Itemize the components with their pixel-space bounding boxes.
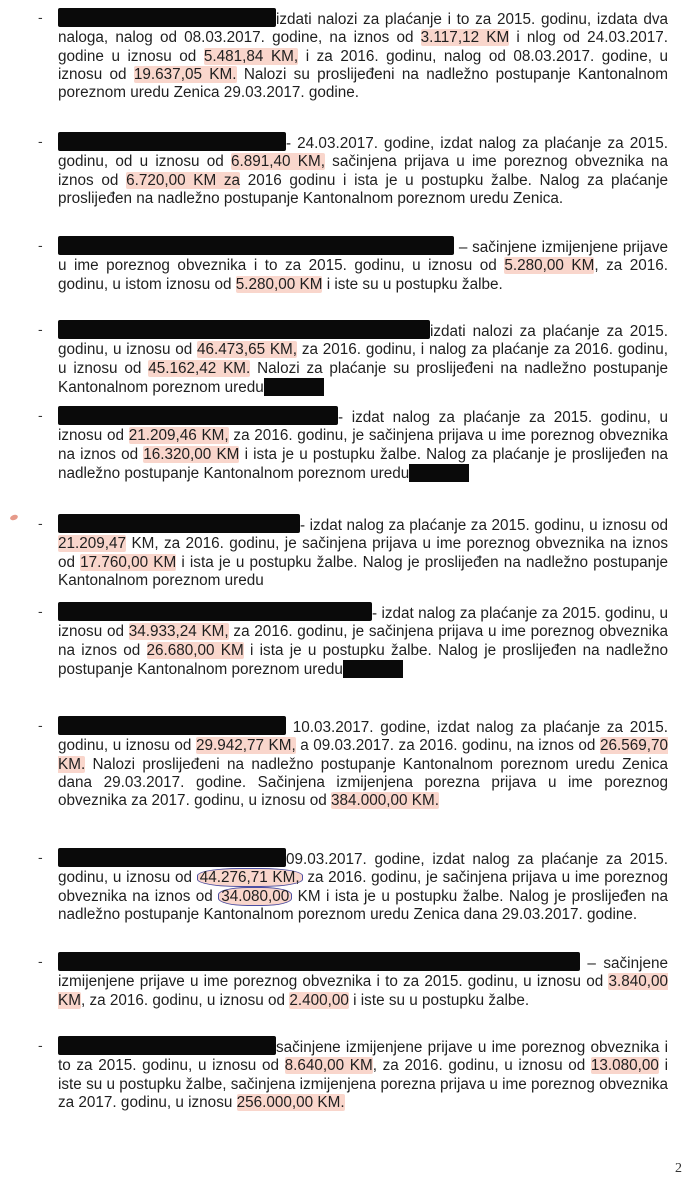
- highlighted-amount: 5.280,00 KM: [236, 276, 323, 293]
- highlighted-amount: 34.080,00: [218, 887, 292, 906]
- highlighted-amount: 17.760,00 KM: [80, 554, 176, 571]
- bullet: -: [38, 514, 43, 532]
- redaction-block: [58, 406, 338, 425]
- bullet: -: [38, 602, 43, 620]
- paragraph-text: i iste su u postupku žalbe.: [322, 276, 502, 293]
- highlighted-amount: 6.891,40 KM,: [231, 153, 325, 170]
- paragraph-text: a 09.03.2017. za 2016. godinu, na iznos …: [296, 737, 600, 754]
- list-item: -izdati nalozi za plaćanje i to za 2015.…: [58, 8, 668, 102]
- document-page: -izdati nalozi za plaćanje i to za 2015.…: [0, 0, 696, 1185]
- redaction-block: [58, 716, 286, 735]
- bullet: -: [38, 1036, 43, 1054]
- highlighted-amount: 16.320,00 KM: [143, 446, 239, 463]
- highlighted-amount: 21.209,46 KM,: [129, 427, 229, 444]
- highlighted-amount: 45.162,42 KM.: [148, 360, 250, 377]
- list-item: -izdati nalozi za plaćanje za 2015. godi…: [58, 320, 668, 397]
- highlighted-amount: 2.400,00: [289, 992, 349, 1009]
- bullet: -: [38, 320, 43, 338]
- paragraph-text: , za 2016. godinu, u iznosu od: [373, 1057, 591, 1074]
- highlighted-amount: 34.933,24 KM,: [129, 623, 229, 640]
- paragraph-text: , za 2016. godinu, u iznosu od: [81, 992, 289, 1009]
- highlighted-amount: 26.680,00 KM: [147, 642, 244, 659]
- redaction-block: [58, 952, 580, 971]
- highlighted-amount: 3.117,12 KM: [421, 29, 510, 46]
- list-item: -- izdat nalog za plaćanje za 2015. godi…: [58, 514, 668, 590]
- bullet: -: [38, 406, 43, 424]
- bullet: -: [38, 952, 43, 970]
- highlighted-amount: 5.280,00 KM: [504, 257, 594, 274]
- highlighted-amount: 46.473,65 KM,: [197, 341, 297, 358]
- highlighted-amount: 29.942,77 KM,: [196, 737, 296, 754]
- highlighted-amount: 44.276,71 KM,: [197, 868, 303, 887]
- list-item: - – sačinjene izmijenjene prijave u ime …: [58, 952, 668, 1010]
- list-item: - 10.03.2017. godine, izdat nalog za pla…: [58, 716, 668, 810]
- list-item: - – sačinjene izmijenjene prijave u ime …: [58, 236, 668, 294]
- redaction-block: [409, 464, 469, 482]
- highlighted-amount: 5.481,84 KM,: [204, 48, 298, 65]
- redaction-block: [58, 602, 372, 621]
- list-item: -- izdat nalog za plaćanje za 2015. godi…: [58, 602, 668, 679]
- paragraph-text: - izdat nalog za plaćanje za 2015. godin…: [300, 517, 668, 534]
- redaction-block: [264, 378, 324, 396]
- list-item: -09.03.2017. godine, izdat nalog za plać…: [58, 848, 668, 924]
- highlighted-amount: 256.000,00 KM.: [237, 1094, 345, 1111]
- redaction-block: [58, 848, 286, 867]
- redaction-block: [58, 1036, 276, 1055]
- highlighted-amount: 19.637,05 KM.: [134, 66, 237, 83]
- redaction-block: [58, 8, 276, 27]
- bullet: -: [38, 716, 43, 734]
- redaction-block: [58, 320, 430, 339]
- page-number: 2: [675, 1161, 682, 1177]
- paragraph-text: i iste su u postupku žalbe.: [349, 992, 529, 1009]
- pen-mark: [9, 514, 18, 521]
- bullet: -: [38, 848, 43, 866]
- highlighted-amount: 8.640,00 KM: [285, 1057, 373, 1074]
- highlighted-amount: 384.000,00 KM.: [331, 792, 439, 809]
- list-item: -sačinjene izmijenjene prijave u ime por…: [58, 1036, 668, 1112]
- redaction-block: [58, 132, 286, 151]
- bullet: -: [38, 8, 43, 26]
- highlighted-amount: 21.209,47: [58, 535, 126, 552]
- redaction-block: [58, 514, 300, 533]
- highlighted-amount: 6.720,00 KM za: [126, 172, 240, 189]
- highlighted-amount: 13.080,00: [591, 1057, 659, 1074]
- redaction-block: [343, 660, 403, 678]
- list-item: -- izdat nalog za plaćanje za 2015. godi…: [58, 406, 668, 483]
- list-item: -- 24.03.2017. godine, izdat nalog za pl…: [58, 132, 668, 208]
- redaction-block: [58, 236, 454, 255]
- bullet: -: [38, 236, 43, 254]
- bullet: -: [38, 132, 43, 150]
